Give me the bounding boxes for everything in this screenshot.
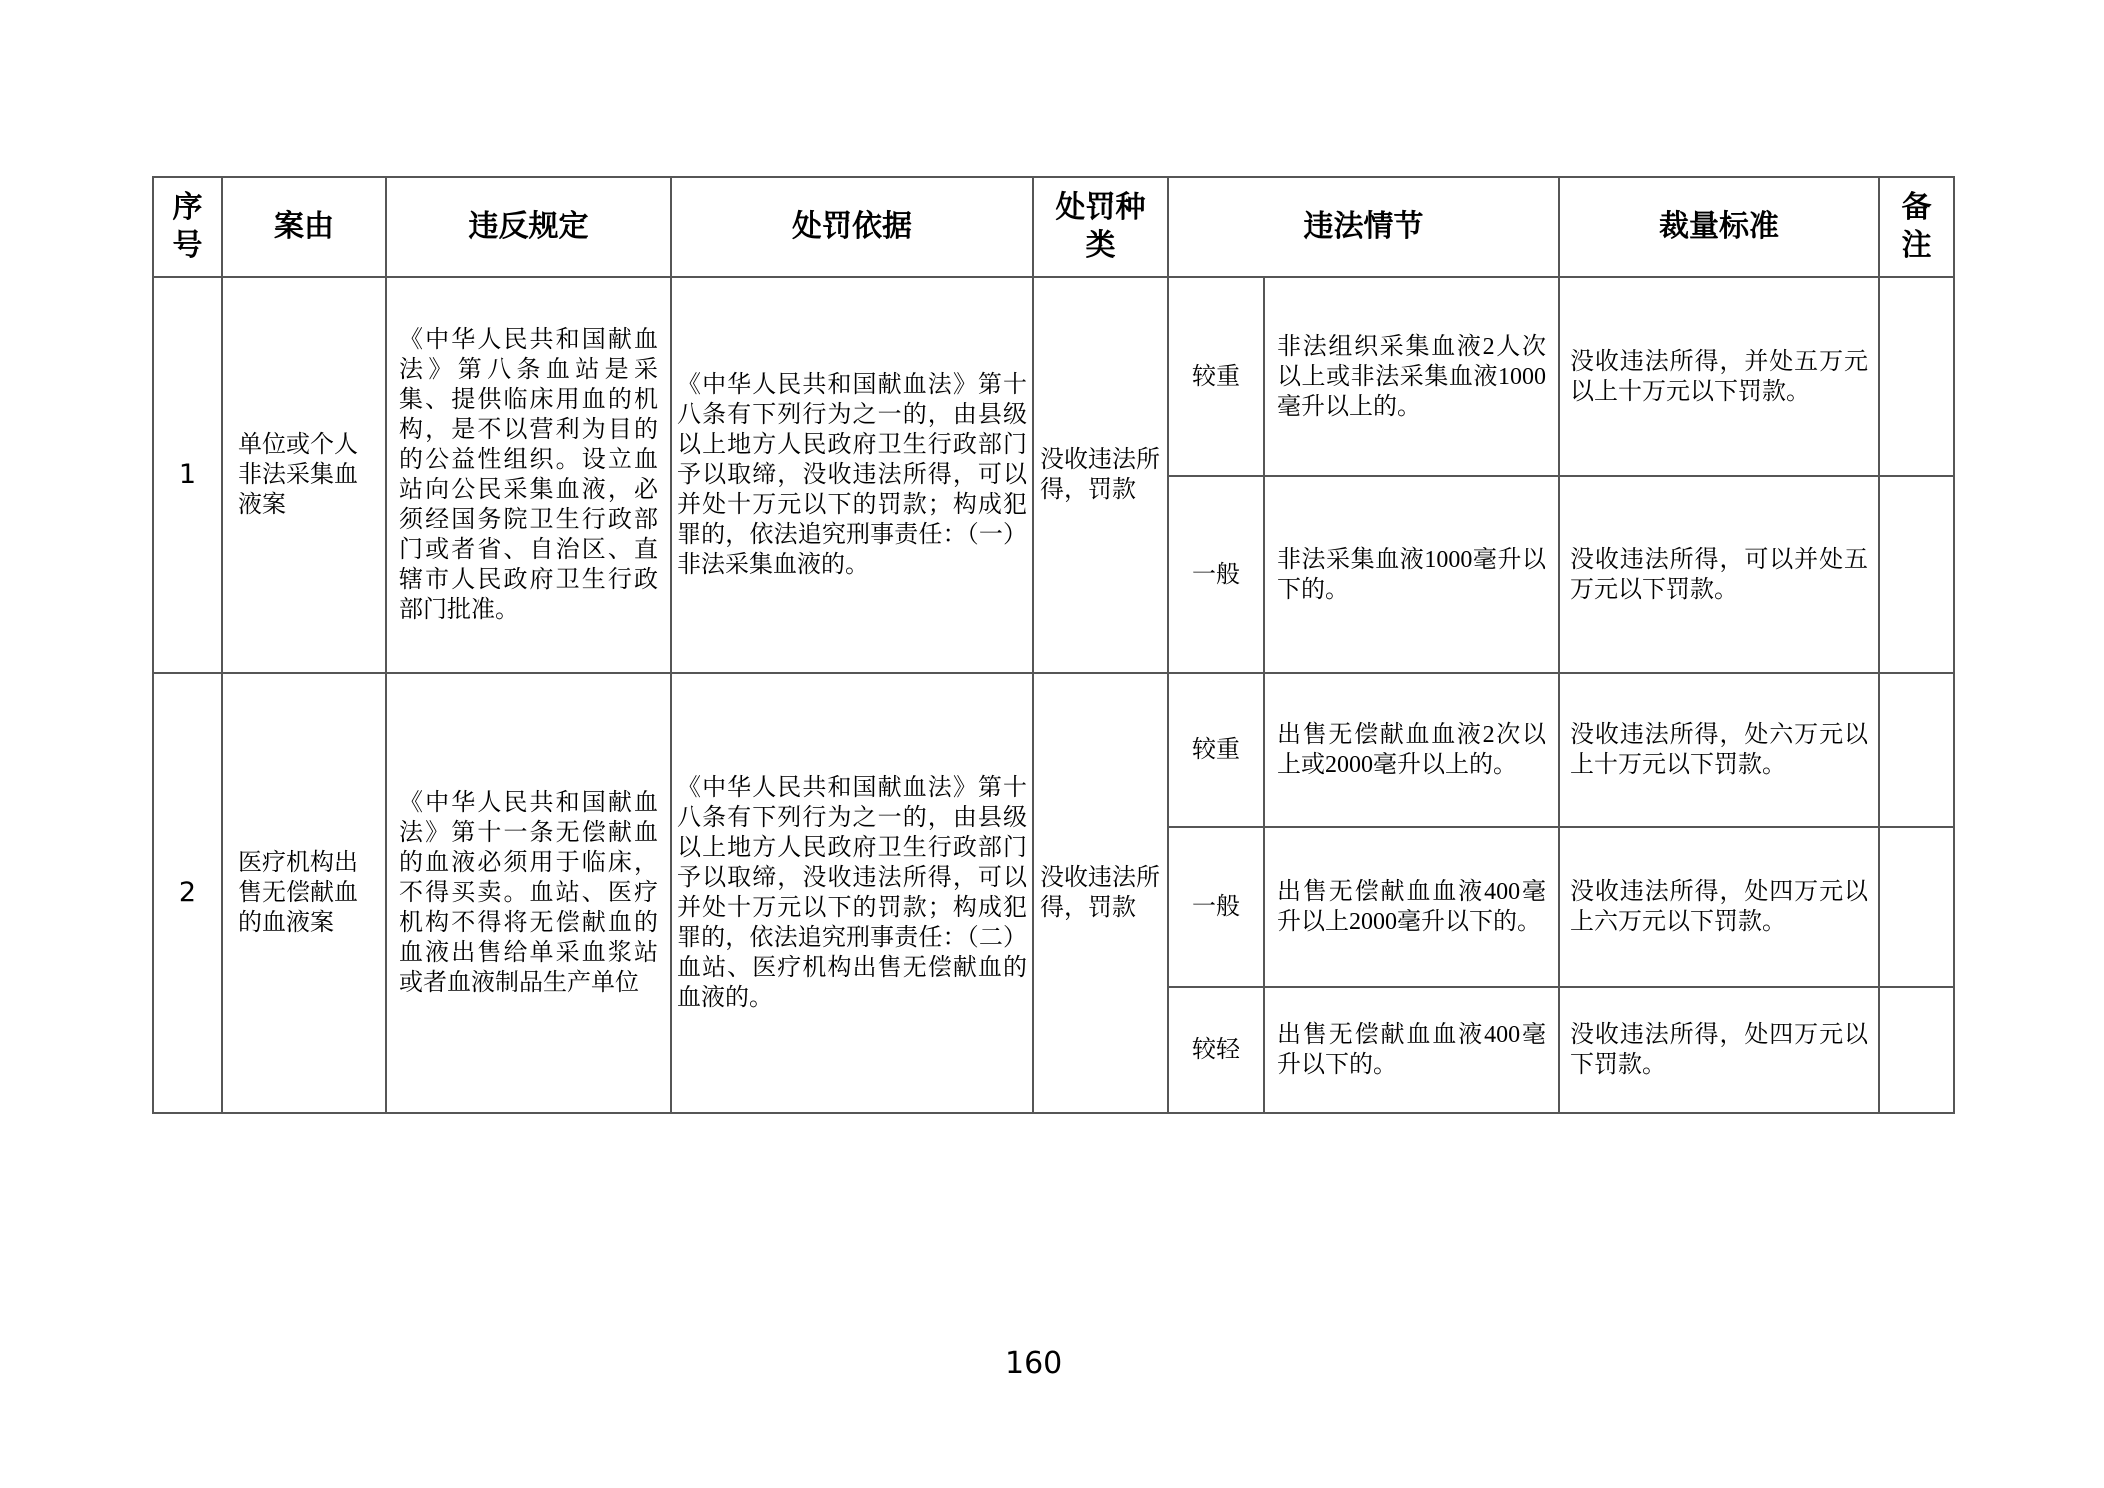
page-number: 160 <box>1005 1346 1062 1381</box>
header-standard: 裁量标准 <box>1559 177 1879 277</box>
row1-sub1-standard-cell: 没收违法所得，并处五万元以上十万元以下罚款。 <box>1559 277 1879 476</box>
row2-basis-cell: 《中华人民共和国献血法》第十八条有下列行为之一的，由县级以上地方人民政府卫生行政… <box>671 673 1033 1113</box>
document-page: { "page": { "number": "160" }, "table": … <box>0 0 2104 1488</box>
header-penalty-type: 处罚种类 <box>1033 177 1168 277</box>
row2-index-cell: 2 <box>153 673 222 1113</box>
row2-sub1-remark-cell <box>1879 673 1954 827</box>
row1-sub1-circumstance-cell: 非法组织采集血液2人次以上或非法采集血液1000毫升以上的。 <box>1264 277 1559 476</box>
row2-sub2-severity-cell: 一般 <box>1168 827 1264 987</box>
row1-cause-cell: 单位或个人非法采集血液案 <box>222 277 386 673</box>
table-header-row: 序号 案由 违反规定 处罚依据 处罚种类 违法情节 裁量标准 备注 <box>153 177 1954 277</box>
header-index: 序号 <box>153 177 222 277</box>
row1-sub2-remark-cell <box>1879 476 1954 673</box>
row1-sub2-standard-cell: 没收违法所得，可以并处五万元以下罚款。 <box>1559 476 1879 673</box>
header-basis: 处罚依据 <box>671 177 1033 277</box>
row1-sub1-remark-cell <box>1879 277 1954 476</box>
row2-sub2-remark-cell <box>1879 827 1954 987</box>
row2-sub1-severity-cell: 较重 <box>1168 673 1264 827</box>
row1-basis-cell: 《中华人民共和国献血法》第十八条有下列行为之一的，由县级以上地方人民政府卫生行政… <box>671 277 1033 673</box>
row2-sub3-remark-cell <box>1879 987 1954 1113</box>
table-row: 1 单位或个人非法采集血液案 《中华人民共和国献血法》第八条血站是采集、提供临床… <box>153 277 1954 476</box>
row2-cause-cell: 医疗机构出售无偿献血的血液案 <box>222 673 386 1113</box>
header-remark: 备注 <box>1879 177 1954 277</box>
header-cause: 案由 <box>222 177 386 277</box>
row1-index-cell: 1 <box>153 277 222 673</box>
row1-sub2-circumstance-cell: 非法采集血液1000毫升以下的。 <box>1264 476 1559 673</box>
row1-sub1-severity-cell: 较重 <box>1168 277 1264 476</box>
row2-sub1-standard-cell: 没收违法所得，处六万元以上十万元以下罚款。 <box>1559 673 1879 827</box>
row2-sub3-standard-cell: 没收违法所得，处四万元以下罚款。 <box>1559 987 1879 1113</box>
row2-sub2-standard-cell: 没收违法所得，处四万元以上六万元以下罚款。 <box>1559 827 1879 987</box>
row1-penalty-type-cell: 没收违法所得，罚款 <box>1033 277 1168 673</box>
row2-violation-cell: 《中华人民共和国献血法》第十一条无偿献血的血液必须用于临床，不得买卖。血站、医疗… <box>386 673 671 1113</box>
header-violation: 违反规定 <box>386 177 671 277</box>
row2-sub1-circumstance-cell: 出售无偿献血血液2次以上或2000毫升以上的。 <box>1264 673 1559 827</box>
penalty-discretion-table: 序号 案由 违反规定 处罚依据 处罚种类 违法情节 裁量标准 备注 1 单位或个… <box>152 176 1955 1114</box>
row2-sub2-circumstance-cell: 出售无偿献血血液400毫升以上2000毫升以下的。 <box>1264 827 1559 987</box>
row2-sub3-circumstance-cell: 出售无偿献血血液400毫升以下的。 <box>1264 987 1559 1113</box>
row2-penalty-type-cell: 没收违法所得，罚款 <box>1033 673 1168 1113</box>
row1-violation-cell: 《中华人民共和国献血法》第八条血站是采集、提供临床用血的机构，是不以营利为目的的… <box>386 277 671 673</box>
table-row: 2 医疗机构出售无偿献血的血液案 《中华人民共和国献血法》第十一条无偿献血的血液… <box>153 673 1954 827</box>
row2-sub3-severity-cell: 较轻 <box>1168 987 1264 1113</box>
header-circumstances: 违法情节 <box>1168 177 1559 277</box>
row1-sub2-severity-cell: 一般 <box>1168 476 1264 673</box>
